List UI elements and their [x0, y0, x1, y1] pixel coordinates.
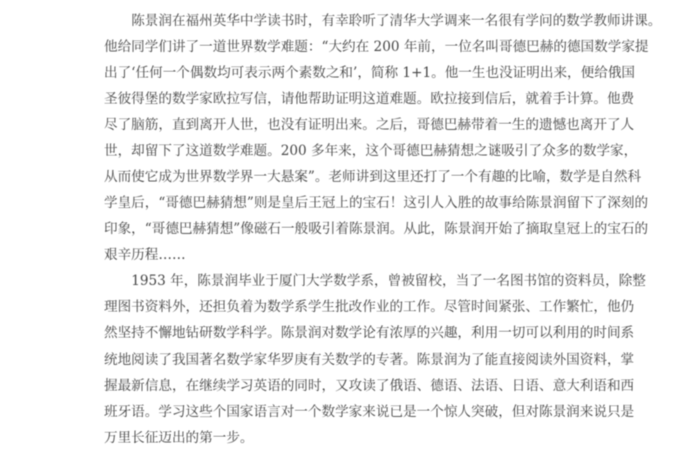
text-line: 班牙语。学习这些个国家语言对一个数学家来说已是一个惊人突破，但对陈景润来说只是 — [104, 399, 598, 425]
paragraph-1: 陈景润在福州英华中学读书时，有幸聆听了清华大学调来一名很有学问的数学教师讲课。 … — [104, 8, 598, 268]
text-line: 万里长征迈出的第一步。 — [104, 425, 598, 451]
text-line: 然坚持不懈地钻研数学科学。陈景润对数学论有浓厚的兴趣，利用一切可以利用的时间系 — [104, 320, 598, 346]
text-line: 统地阅读了我国著名数学家华罗庚有关数学的专著。陈景润为了能直接阅读外国资料，掌 — [104, 347, 598, 373]
document-page: 陈景润在福州英华中学读书时，有幸聆听了清华大学调来一名很有学问的数学教师讲课。 … — [104, 8, 598, 451]
text-line: 印象，“哥德巴赫猜想”像磁石一般吸引着陈景润。从此，陈景润开始了摘取皇冠上的宝石… — [104, 216, 598, 242]
text-line: 尽了脑筋，直到离开人世，也没有证明出来。之后，哥德巴赫带着一生的遗憾也离开了人 — [104, 112, 598, 138]
text-line: 学皇后，“哥德巴赫猜想”则是皇后王冠上的宝石！这引人入胜的故事给陈景润留下了深刻… — [104, 190, 598, 216]
text-line: 圣彼得堡的数学家欧拉写信，请他帮助证明这道难题。欧拉接到信后，就着手计算。他费 — [104, 86, 598, 112]
text-line: 出了‘任何一个偶数均可表示两个素数之和’，简称 1+1。他一生也没证明出来，便给… — [104, 60, 598, 86]
text-line: 陈景润在福州英华中学读书时，有幸聆听了清华大学调来一名很有学问的数学教师讲课。 — [104, 8, 598, 34]
text-line: 艰辛历程…… — [104, 242, 598, 268]
text-line: 1953 年，陈景润毕业于厦门大学数学系，曾被留校，当了一名图书馆的资料员，除整 — [104, 268, 598, 294]
text-line: 握最新信息，在继续学习英语的同时，又攻读了俄语、德语、法语、日语、意大利语和西 — [104, 373, 598, 399]
text-line: 他给同学们讲了一道世界数学难题：“大约在 200 年前，一位名叫哥德巴赫的德国数… — [104, 34, 598, 60]
text-line: 从而使它成为世界数学界一大悬案”。老师讲到这里还打了一个有趣的比喻，数学是自然科 — [104, 164, 598, 190]
paragraph-2: 1953 年，陈景润毕业于厦门大学数学系，曾被留校，当了一名图书馆的资料员，除整… — [104, 268, 598, 451]
text-line: 世，却留下了这道数学难题。200 多年来，这个哥德巴赫猜想之谜吸引了众多的数学家… — [104, 138, 598, 164]
text-line: 理图书资料外，还担负着为数学系学生批改作业的工作。尽管时间紧张、工作繁忙，他仍 — [104, 294, 598, 320]
